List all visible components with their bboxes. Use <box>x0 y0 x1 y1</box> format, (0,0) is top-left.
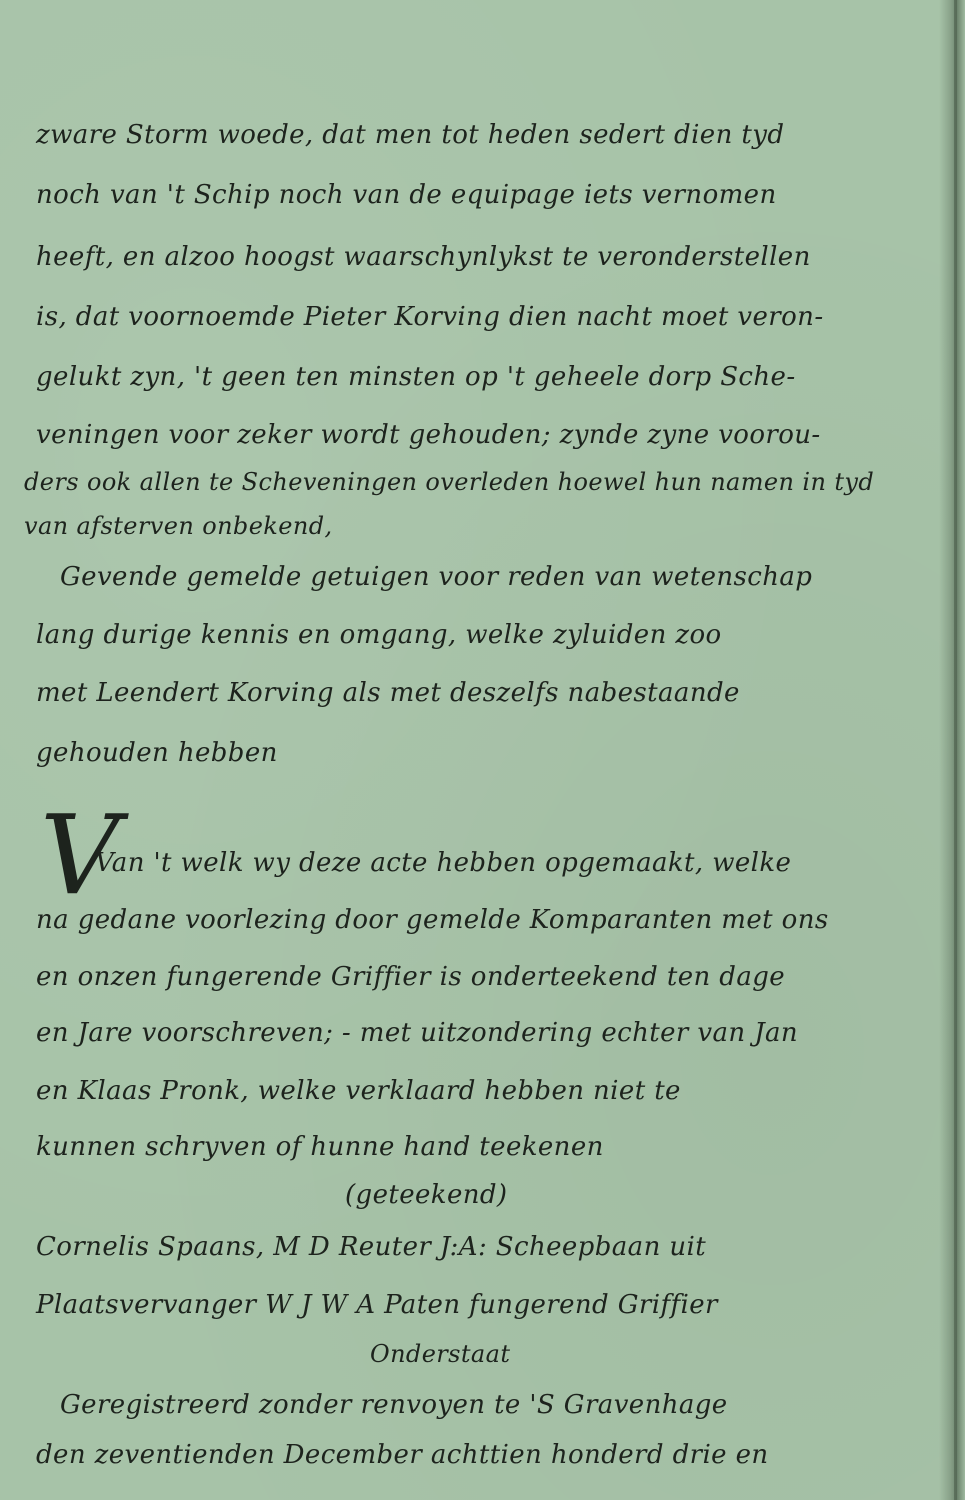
text-line-13: Van 't welk wy deze acte hebben opgemaak… <box>95 848 791 878</box>
text-line-18: kunnen schryven of hunne hand teekenen <box>36 1132 604 1162</box>
text-line-17: en Klaas Pronk, welke verklaard hebben n… <box>36 1076 681 1106</box>
text-line-9: Gevende gemelde getuigen voor reden van … <box>60 562 812 592</box>
text-line-signed: (geteekend) <box>345 1180 507 1210</box>
text-line-5: gelukt zyn, 't geen ten minsten op 't ge… <box>36 362 796 392</box>
text-line-16: en Jare voorschreven; - met uitzondering… <box>36 1018 798 1048</box>
text-line-11: met Leendert Korving als met deszelfs na… <box>36 678 740 708</box>
text-line-registration-1: Geregistreerd zonder renvoyen te 'S Grav… <box>60 1390 728 1420</box>
text-line-signatures-2: Plaatsvervanger W J W A Paten fungerend … <box>36 1290 718 1320</box>
text-line-1: zware Storm woede, dat men tot heden sed… <box>36 120 784 150</box>
manuscript-page: zware Storm woede, dat men tot heden sed… <box>0 0 965 1500</box>
text-line-6: veningen voor zeker wordt gehouden; zynd… <box>36 420 821 450</box>
text-line-2: noch van 't Schip noch van de equipage i… <box>36 180 777 210</box>
text-line-onderstaat: Onderstaat <box>370 1340 510 1368</box>
text-line-12: gehouden hebben <box>36 738 278 768</box>
text-line-8: van afsterven onbekend, <box>24 512 333 540</box>
text-line-4: is, dat voornoemde Pieter Korving dien n… <box>36 302 824 332</box>
text-line-3: heeft, en alzoo hoogst waarschynlykst te… <box>36 242 811 272</box>
page-edge-line <box>954 0 957 1500</box>
text-line-10: lang durige kennis en omgang, welke zylu… <box>36 620 722 650</box>
text-line-15: en onzen fungerende Griffier is ondertee… <box>36 962 785 992</box>
text-line-signatures-1: Cornelis Spaans, M D Reuter J:A: Scheepb… <box>36 1232 706 1262</box>
page-edge-shadow <box>939 0 965 1500</box>
text-line-7: ders ook allen te Scheveningen overleden… <box>24 468 874 496</box>
text-line-registration-2: den zeventienden December achttien honde… <box>36 1440 769 1470</box>
text-line-14: na gedane voorlezing door gemelde Kompar… <box>36 905 829 935</box>
